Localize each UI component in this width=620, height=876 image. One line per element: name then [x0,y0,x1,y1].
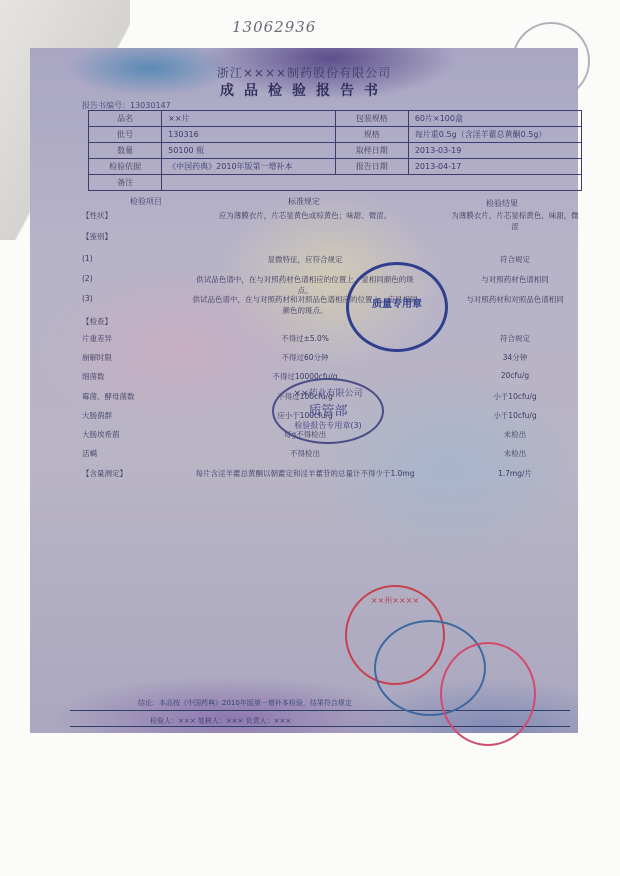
scanned-page: 13062936 药品 检验报告复印 专用章 浙江××××制药股份有限公司 成品… [0,0,620,876]
row-result: 20cfu/g [450,371,580,380]
row-result: 34分钟 [450,352,580,363]
product-info-table: 品名××片包装规格60片×100盒批号130316规格每片重0.5g（含淫羊藿总… [88,110,582,191]
row-result: 与对照药材色谱相同 [450,274,580,285]
info-row: 检验依据《中国药典》2010年版第一增补本报告日期2013-04-17 [89,159,582,175]
row-item: (3) [82,294,93,303]
handwritten-number: 13062936 [232,18,316,36]
col-header-result: 检验结果 [486,198,518,209]
row-result: 符合规定 [450,254,580,265]
row-item: 片重差异 [82,333,112,344]
row-result: 1.7mg/片 [450,468,580,479]
row-item: 【含量测定】 [82,468,127,479]
company-name: 浙江××××制药股份有限公司 [30,64,578,81]
row-item: 霉菌、酵母菌数 [82,391,135,402]
row-item: 活螨 [82,448,97,459]
row-standard: 不得检出 [190,448,420,459]
conclusion: 结论：本品按《中国药典》2010年版第一增补本检验，结果符合规定 [138,698,352,708]
qa-dept-seal-oval: ××药业有限公司 质管部 检验报告专用章(3) [272,378,384,444]
row-standard: 不得过60分钟 [190,352,420,363]
row-result: 符合规定 [450,333,580,344]
report-title: 成品检验报告书 [30,80,578,100]
row-standard: 应为薄膜衣片，片芯显黄色或棕黄色；味甜、微涩。 [190,210,420,221]
row-result: 小于10cfu/g [450,410,580,421]
row-item: (2) [82,274,93,283]
quality-seal-blue: 质量专用章 [346,262,448,352]
row-item: 大肠埃希菌 [82,429,120,440]
col-header-standard: 标准规定 [288,196,320,207]
row-item: 崩解时限 [82,352,112,363]
signatures: 检验人：××× 复核人：××× 负责人：××× [150,716,291,726]
row-item: 【检查】 [82,316,112,327]
row-result: 小于10cfu/g [450,391,580,402]
row-result: 未检出 [450,429,580,440]
col-header-item: 检验项目 [130,196,162,207]
info-row: 品名××片包装规格60片×100盒 [89,111,582,127]
info-row: 数量50100 瓶取样日期2013-03-19 [89,143,582,159]
row-result: 未检出 [450,448,580,459]
red-seal-bottom [440,642,536,746]
row-item: (1) [82,254,93,263]
row-standard: 每片含淫羊藿总黄酮以朝藿定和淫羊藿苷的总量计不得少于1.0mg [190,468,420,479]
row-item: 【性状】 [82,210,112,221]
row-item: 细菌数 [82,371,105,382]
row-result: 为薄膜衣片，片芯显棕黄色，味甜，微涩 [450,210,580,232]
row-item: 大肠菌群 [82,410,112,421]
info-row: 备注 [89,175,582,191]
info-row: 批号130316规格每片重0.5g（含淫羊藿总黄酮0.5g） [89,127,582,143]
row-item: 【鉴别】 [82,231,112,242]
row-result: 与对照药材和对照品色谱相同 [450,294,580,305]
